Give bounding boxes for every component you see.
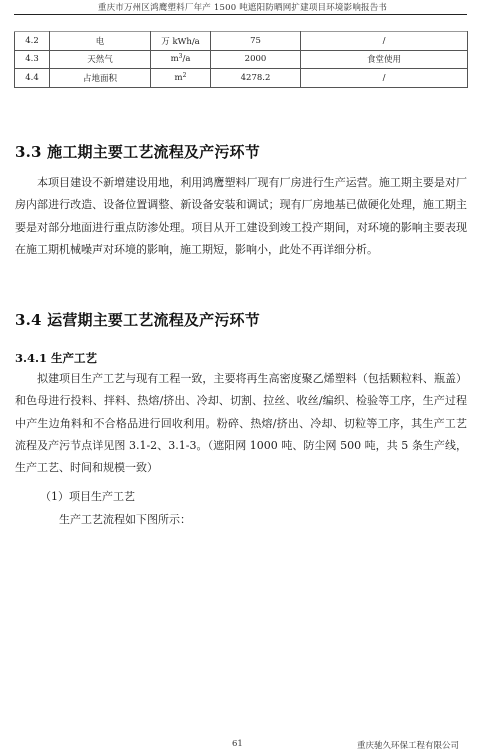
table-row: 4.2 电 万 kWh/a 75 /: [15, 32, 468, 51]
cell-no: 4.3: [15, 50, 50, 69]
cell-value: 75: [211, 32, 301, 51]
unit-base: m: [171, 54, 179, 64]
unit-suffix: /a: [182, 54, 190, 64]
cell-name: 天然气: [50, 50, 151, 69]
cell-name: 占地面积: [50, 69, 151, 88]
cell-note: 食堂使用: [301, 50, 468, 69]
cell-value: 4278.2: [211, 69, 301, 88]
cell-unit: 万 kWh/a: [151, 32, 211, 51]
list-item-1: （1）项目生产工艺: [40, 488, 135, 504]
unit-exponent: 2: [183, 72, 187, 79]
section-3-4-1-paragraph: 拟建项目生产工艺与现有工程一致，主要将再生高密度聚乙烯塑料（包括颗粒料、瓶盖）和…: [15, 368, 467, 479]
header-rule: [14, 14, 467, 15]
table-row: 4.4 占地面积 m2 4278.2 /: [15, 69, 468, 88]
footer-company-name: 重庆驰久环保工程有限公司: [357, 739, 459, 751]
cell-value: 2000: [211, 50, 301, 69]
cell-no: 4.4: [15, 69, 50, 88]
cell-note: /: [301, 69, 468, 88]
cell-name: 电: [50, 32, 151, 51]
list-item-1-text: 生产工艺流程如下图所示：: [59, 511, 191, 527]
section-3-3-paragraph: 本项目建设不新增建设用地，利用鸿鹰塑料厂现有厂房进行生产运营。施工期主要是对厂房…: [15, 172, 467, 261]
unit-base: m: [175, 73, 183, 83]
unit-exponent: 3: [179, 53, 183, 60]
table-row: 4.3 天然气 m3/a 2000 食堂使用: [15, 50, 468, 69]
cell-unit: m2: [151, 69, 211, 88]
cell-note: /: [301, 32, 468, 51]
cell-no: 4.2: [15, 32, 50, 51]
document-header-title: 重庆市万州区鸿鹰塑料厂年产 1500 吨遮阳防晒网扩建项目环境影响报告书: [0, 1, 485, 13]
page-number: 61: [232, 739, 243, 749]
section-heading-3-4: 3.4 运营期主要工艺流程及产污环节: [15, 309, 260, 330]
section-heading-3-3: 3.3 施工期主要工艺流程及产污环节: [15, 141, 260, 162]
subsection-heading-3-4-1: 3.4.1 生产工艺: [15, 350, 97, 366]
resource-table: 4.2 电 万 kWh/a 75 / 4.3 天然气 m3/a 2000 食堂使…: [14, 31, 468, 88]
cell-unit: m3/a: [151, 50, 211, 69]
